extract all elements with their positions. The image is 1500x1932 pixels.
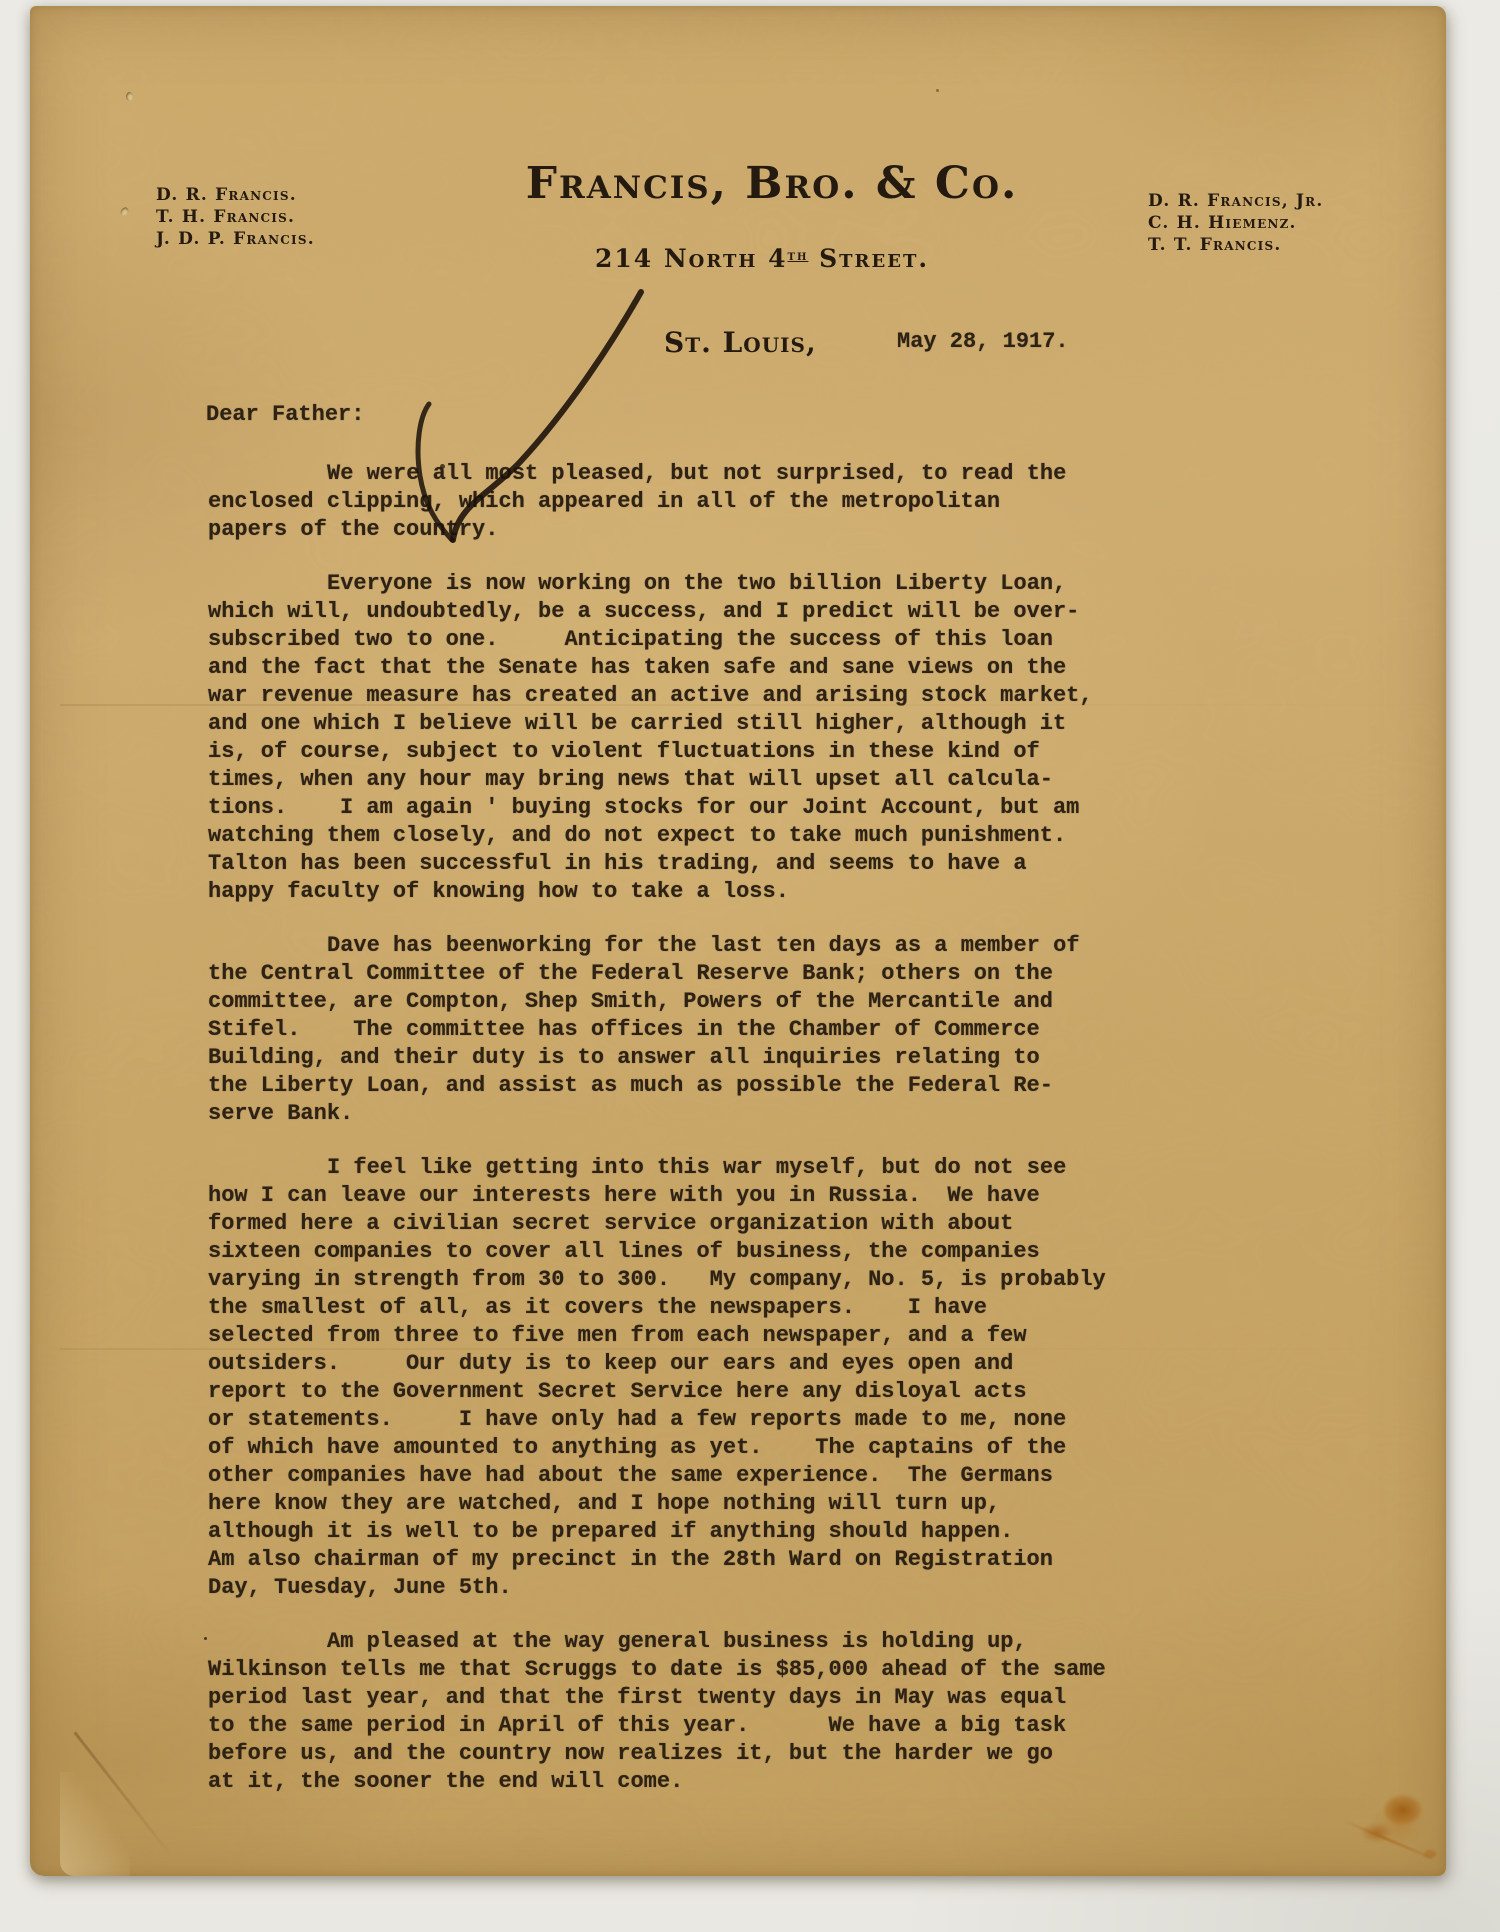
partner-name: T. H. Francis.	[156, 206, 315, 228]
pin-hole	[119, 206, 130, 217]
company-address: 214 North 4th Street.	[595, 244, 929, 273]
partner-name: D. R. Francis, Jr.	[1148, 190, 1323, 212]
letter-line: tions. I am again ' buying stocks for ou…	[208, 794, 1168, 822]
salutation: Dear Father:	[206, 402, 364, 427]
letter-line: formed here a civilian secret service or…	[208, 1210, 1168, 1238]
letter-line: Wilkinson tells me that Scruggs to date …	[208, 1656, 1168, 1684]
letter-line: at it, the sooner the end will come.	[208, 1768, 1168, 1796]
letter-line: or statements. I have only had a few rep…	[208, 1406, 1168, 1434]
partner-name: T. T. Francis.	[1148, 234, 1323, 256]
letter-line: and the fact that the Senate has taken s…	[208, 654, 1168, 682]
rust-stain-dot	[1424, 1850, 1436, 1858]
letter-line: varying in strength from 30 to 300. My c…	[208, 1266, 1168, 1294]
letter-line: is, of course, subject to violent fluctu…	[208, 738, 1168, 766]
letter-line: papers of the country.	[208, 516, 1168, 544]
paragraph: Dave has beenworking for the last ten da…	[208, 932, 1168, 1128]
letter-line: Talton has been successful in his tradin…	[208, 850, 1168, 878]
letter-line: Day, Tuesday, June 5th.	[208, 1574, 1168, 1602]
address-prefix: 214 North 4	[595, 244, 788, 273]
partner-names-left: D. R. Francis. T. H. Francis. J. D. P. F…	[156, 184, 315, 250]
partner-name: C. H. Hiemenz.	[1148, 212, 1323, 234]
letter-line: We were all most pleased, but not surpri…	[208, 460, 1168, 488]
pin-hole	[126, 92, 133, 101]
letter-line: report to the Government Secret Service …	[208, 1378, 1168, 1406]
address-suffix: Street.	[808, 244, 929, 273]
letter-line: the Liberty Loan, and assist as much as …	[208, 1072, 1168, 1100]
letter-line: the smallest of all, as it covers the ne…	[208, 1294, 1168, 1322]
partner-name: D. R. Francis.	[156, 184, 315, 206]
letter-line: to the same period in April of this year…	[208, 1712, 1168, 1740]
letter-line: outsiders. Our duty is to keep our ears …	[208, 1350, 1168, 1378]
letter-line: subscribed two to one. Anticipating the …	[208, 626, 1168, 654]
letter-line: times, when any hour may bring news that…	[208, 766, 1168, 794]
letter-line: before us, and the country now realizes …	[208, 1740, 1168, 1768]
letter-line: happy faculty of knowing how to take a l…	[208, 878, 1168, 906]
letter-line: how I can leave our interests here with …	[208, 1182, 1168, 1210]
letter-line: Am also chairman of my precinct in the 2…	[208, 1546, 1168, 1574]
ink-speck	[440, 464, 445, 469]
city-line: St. Louis,	[664, 326, 817, 359]
letter-line: committee, are Compton, Shep Smith, Powe…	[208, 988, 1168, 1016]
letter-line: which will, undoubtedly, be a success, a…	[208, 598, 1168, 626]
partner-name: J. D. P. Francis.	[156, 228, 315, 250]
company-name: Francis, Bro. & Co.	[526, 158, 1019, 209]
letter-line: watching them closely, and do not expect…	[208, 822, 1168, 850]
letter-line: sixteen companies to cover all lines of …	[208, 1238, 1168, 1266]
letter-line: Building, and their duty is to answer al…	[208, 1044, 1168, 1072]
letter-line: Stifel. The committee has offices in the…	[208, 1016, 1168, 1044]
letter-line: serve Bank.	[208, 1100, 1168, 1128]
letter-line: selected from three to five men from eac…	[208, 1322, 1168, 1350]
paragraph: We were all most pleased, but not surpri…	[208, 460, 1168, 544]
scan-background: D. R. Francis. T. H. Francis. J. D. P. F…	[0, 0, 1500, 1932]
letter-line: Everyone is now working on the two billi…	[208, 570, 1168, 598]
letter-line: the Central Committee of the Federal Res…	[208, 960, 1168, 988]
letter-line: of which have amounted to anything as ye…	[208, 1434, 1168, 1462]
letter-line: war revenue measure has created an activ…	[208, 682, 1168, 710]
date-line: May 28, 1917.	[897, 329, 1069, 354]
paragraph: Am pleased at the way general business i…	[208, 1628, 1168, 1796]
letter-line: here know they are watched, and I hope n…	[208, 1490, 1168, 1518]
partner-names-right: D. R. Francis, Jr. C. H. Hiemenz. T. T. …	[1148, 190, 1323, 256]
letter-body: We were all most pleased, but not surpri…	[208, 460, 1168, 1796]
letter-line: Am pleased at the way general business i…	[208, 1628, 1168, 1656]
paragraph: I feel like getting into this war myself…	[208, 1154, 1168, 1602]
paragraph: Everyone is now working on the two billi…	[208, 570, 1168, 906]
letter-line: period last year, and that the first twe…	[208, 1684, 1168, 1712]
letter-line: enclosed clipping, which appeared in all…	[208, 488, 1168, 516]
letter-line: and one which I believe will be carried …	[208, 710, 1168, 738]
letter-line: other companies have had about the same …	[208, 1462, 1168, 1490]
letter-line: I feel like getting into this war myself…	[208, 1154, 1168, 1182]
letter-line: although it is well to be prepared if an…	[208, 1518, 1168, 1546]
address-ordinal: th	[788, 248, 809, 264]
letter-line: Dave has beenworking for the last ten da…	[208, 932, 1168, 960]
